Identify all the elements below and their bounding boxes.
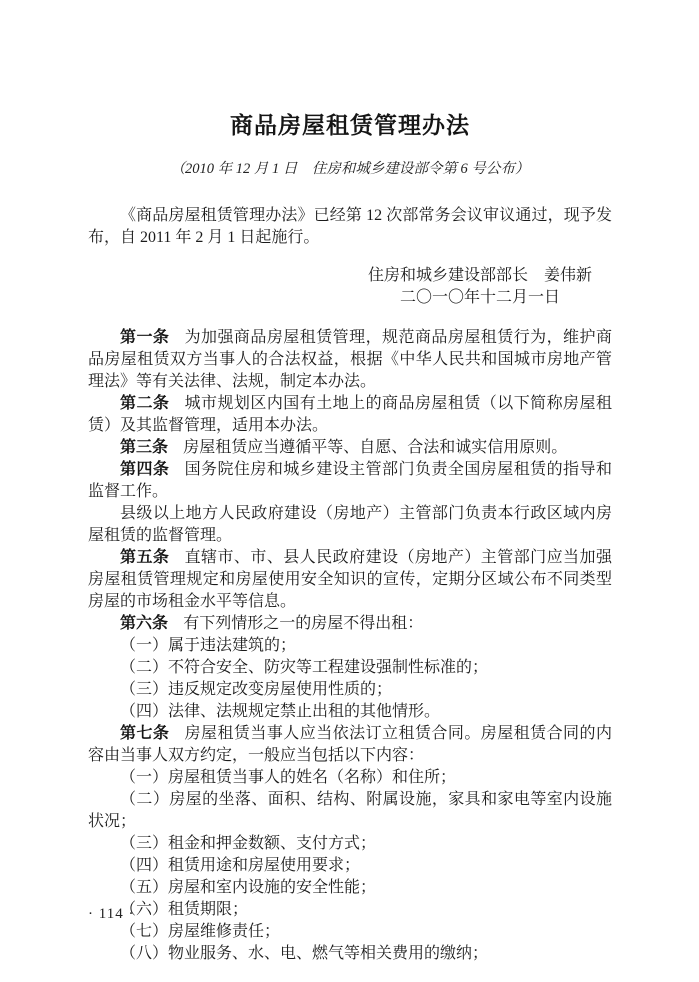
article-paragraph: （三）违反规定改变房屋使用性质的； bbox=[88, 679, 612, 701]
article-paragraph: 第六条有下列情形之一的房屋不得出租： bbox=[88, 613, 612, 635]
article-text: （一）房屋租赁当事人的姓名（名称）和住所； bbox=[120, 769, 456, 786]
article-paragraph: （三）租金和押金数额、支付方式； bbox=[88, 833, 612, 855]
article-text: （二）不符合安全、防灾等工程建设强制性标准的； bbox=[120, 659, 488, 676]
article-paragraph: （六）租赁期限； bbox=[88, 899, 612, 921]
article-text: （三）违反规定改变房屋使用性质的； bbox=[120, 681, 392, 698]
article-label: 第二条 bbox=[120, 395, 169, 412]
articles-section: 第一条为加强商品房屋租赁管理，规范商品房屋租赁行为，维护商品房屋租赁双方当事人的… bbox=[88, 327, 612, 965]
page-number: · 114 · bbox=[88, 906, 134, 923]
article-paragraph: （四）法律、法规规定禁止出租的其他情形。 bbox=[88, 701, 612, 723]
article-paragraph: （八）物业服务、水、电、燃气等相关费用的缴纳； bbox=[88, 943, 612, 965]
article-text: （八）物业服务、水、电、燃气等相关费用的缴纳； bbox=[120, 945, 488, 962]
article-label: 第一条 bbox=[120, 329, 169, 346]
article-paragraph: （二）不符合安全、防灾等工程建设强制性标准的； bbox=[88, 657, 612, 679]
article-paragraph: （四）租赁用途和房屋使用要求； bbox=[88, 855, 612, 877]
article-text: （四）法律、法规规定禁止出租的其他情形。 bbox=[120, 703, 440, 720]
article-paragraph: 第四条国务院住房和城乡建设主管部门负责全国房屋租赁的指导和监督工作。 bbox=[88, 459, 612, 503]
article-paragraph: 第五条直辖市、市、县人民政府建设（房地产）主管部门应当加强房屋租赁管理规定和房屋… bbox=[88, 547, 612, 613]
article-text: 县级以上地方人民政府建设（房地产）主管部门负责本行政区域内房屋租赁的监督管理。 bbox=[88, 505, 612, 544]
article-text: （二）房屋的坐落、面积、结构、附属设施，家具和家电等室内设施状况； bbox=[88, 791, 612, 830]
article-text: 房屋租赁应当遵循平等、自愿、合法和诚实信用原则。 bbox=[183, 439, 567, 456]
article-paragraph: 第七条房屋租赁当事人应当依法订立租赁合同。房屋租赁合同的内容由当事人双方约定，一… bbox=[88, 723, 612, 767]
document-page: 商品房屋租赁管理办法 （2010 年 12 月 1 日 住房和城乡建设部令第 6… bbox=[0, 0, 699, 982]
article-label: 第四条 bbox=[120, 461, 169, 478]
article-text: （三）租金和押金数额、支付方式； bbox=[120, 835, 376, 852]
article-paragraph: （七）房屋维修责任； bbox=[88, 921, 612, 943]
document-title: 商品房屋租赁管理办法 bbox=[88, 110, 612, 140]
document-content: 商品房屋租赁管理办法 （2010 年 12 月 1 日 住房和城乡建设部令第 6… bbox=[88, 0, 612, 965]
article-paragraph: 第一条为加强商品房屋租赁管理，规范商品房屋租赁行为，维护商品房屋租赁双方当事人的… bbox=[88, 327, 612, 393]
preamble-paragraph: 《商品房屋租赁管理办法》已经第 12 次部常务会议审议通过，现予发布，自 201… bbox=[88, 205, 612, 249]
article-text: （五）房屋和室内设施的安全性能； bbox=[120, 879, 376, 896]
article-label: 第六条 bbox=[120, 615, 168, 632]
article-paragraph: 第二条城市规划区内国有土地上的商品房屋租赁（以下简称房屋租赁）及其监督管理，适用… bbox=[88, 393, 612, 437]
article-label: 第七条 bbox=[120, 725, 169, 742]
article-paragraph: （一）属于违法建筑的； bbox=[88, 635, 612, 657]
article-paragraph: 第三条房屋租赁应当遵循平等、自愿、合法和诚实信用原则。 bbox=[88, 437, 612, 459]
article-paragraph: （五）房屋和室内设施的安全性能； bbox=[88, 877, 612, 899]
signature-name: 住房和城乡建设部部长 姜伟新 bbox=[368, 265, 592, 287]
article-paragraph: （二）房屋的坐落、面积、结构、附属设施，家具和家电等室内设施状况； bbox=[88, 789, 612, 833]
article-label: 第三条 bbox=[120, 439, 168, 456]
promulgation-note: （2010 年 12 月 1 日 住房和城乡建设部令第 6 号公布） bbox=[88, 159, 612, 179]
article-text: （四）租赁用途和房屋使用要求； bbox=[120, 857, 360, 874]
article-text: 有下列情形之一的房屋不得出租： bbox=[183, 615, 423, 632]
article-paragraph: 县级以上地方人民政府建设（房地产）主管部门负责本行政区域内房屋租赁的监督管理。 bbox=[88, 503, 612, 547]
article-text: （一）属于违法建筑的； bbox=[120, 637, 296, 654]
article-label: 第五条 bbox=[120, 549, 169, 566]
article-text: （七）房屋维修责任； bbox=[120, 923, 280, 940]
article-text: （六）租赁期限； bbox=[120, 901, 248, 918]
article-paragraph: （一）房屋租赁当事人的姓名（名称）和住所； bbox=[88, 767, 612, 789]
signature-date: 二〇一〇年十二月一日 bbox=[368, 287, 592, 309]
signature-block: 住房和城乡建设部部长 姜伟新 二〇一〇年十二月一日 bbox=[88, 265, 612, 309]
signature-inner: 住房和城乡建设部部长 姜伟新 二〇一〇年十二月一日 bbox=[368, 265, 592, 309]
